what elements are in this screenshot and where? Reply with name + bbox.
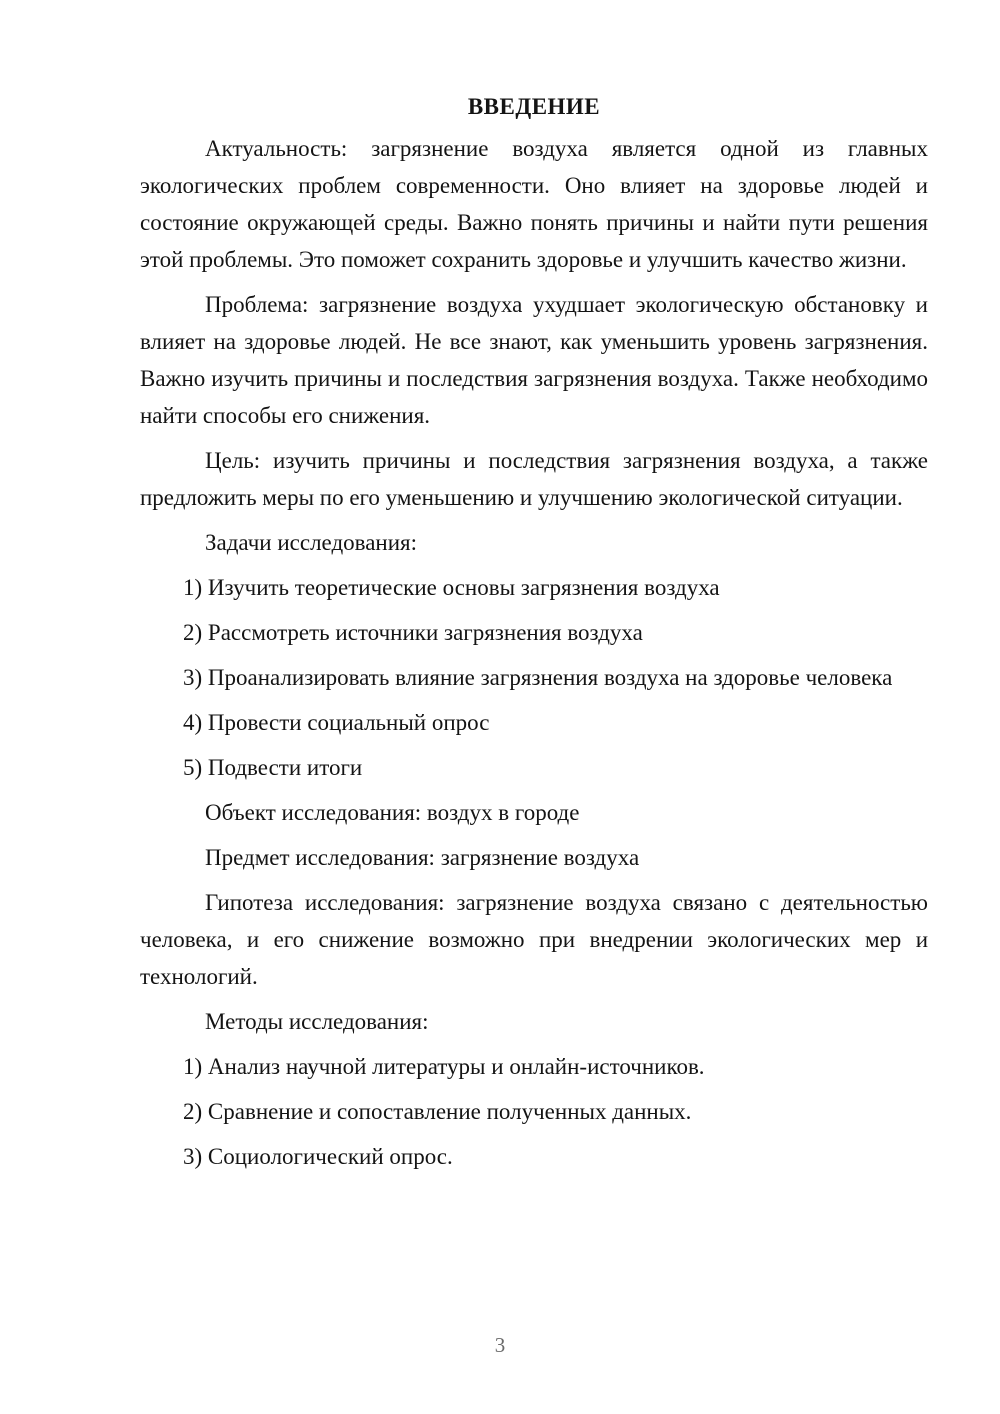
paragraph: Цель: изучить причины и последствия загр… bbox=[140, 442, 928, 516]
paragraph: 2) Сравнение и сопоставление полученных … bbox=[140, 1093, 928, 1130]
paragraph: 2) Рассмотреть источники загрязнения воз… bbox=[140, 614, 928, 651]
section-title: ВВЕДЕНИЕ bbox=[140, 92, 928, 122]
paragraph: 1) Анализ научной литературы и онлайн-ис… bbox=[140, 1048, 928, 1085]
paragraph: Предмет исследования: загрязнение воздух… bbox=[140, 839, 928, 876]
paragraph: Объект исследования: воздух в городе bbox=[140, 794, 928, 831]
paragraph: 4) Провести социальный опрос bbox=[140, 704, 928, 741]
paragraph: 3) Социологический опрос. bbox=[140, 1138, 928, 1175]
paragraph: 5) Подвести итоги bbox=[140, 749, 928, 786]
paragraph: 3) Проанализировать влияние загрязнения … bbox=[140, 659, 928, 696]
paragraph: Проблема: загрязнение воздуха ухудшает э… bbox=[140, 286, 928, 434]
paragraph: Гипотеза исследования: загрязнение возду… bbox=[140, 884, 928, 995]
paragraph: Методы исследования: bbox=[140, 1003, 928, 1040]
document-body: Актуальность: загрязнение воздуха являет… bbox=[140, 130, 928, 1175]
page-number: 3 bbox=[0, 1330, 1000, 1360]
paragraph: Актуальность: загрязнение воздуха являет… bbox=[140, 130, 928, 278]
document-page: ВВЕДЕНИЕ Актуальность: загрязнение возду… bbox=[0, 0, 1000, 1414]
paragraph: Задачи исследования: bbox=[140, 524, 928, 561]
paragraph: 1) Изучить теоретические основы загрязне… bbox=[140, 569, 928, 606]
